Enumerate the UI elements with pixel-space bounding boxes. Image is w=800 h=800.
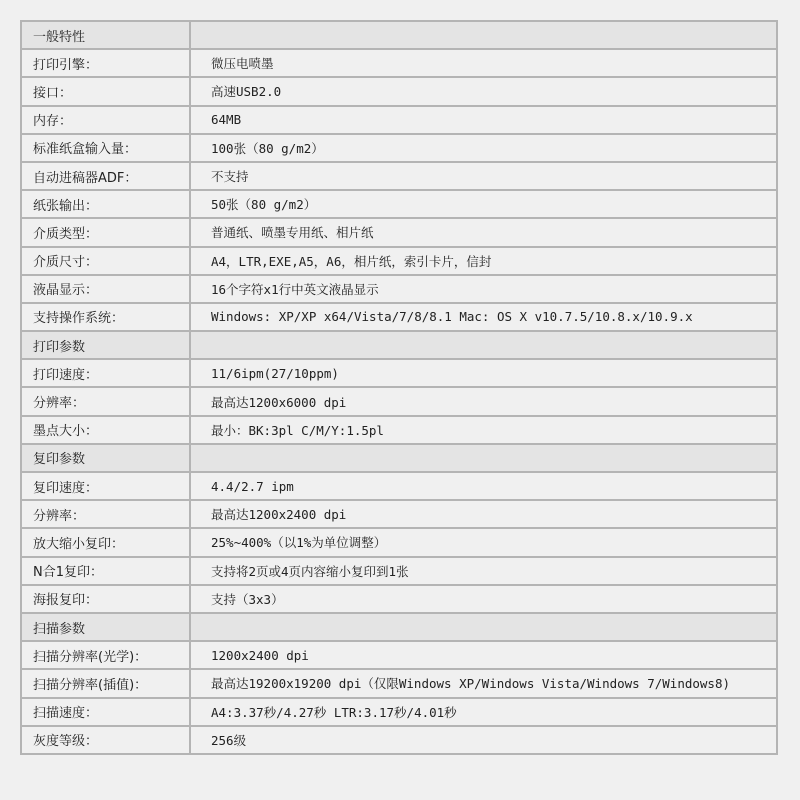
spec-row: 灰度等级：256级 bbox=[21, 726, 777, 754]
spec-label: 扫描分辨率(插值)： bbox=[21, 669, 190, 697]
spec-value: 11/6ipm(27/10ppm) bbox=[190, 359, 777, 387]
spec-value: 不支持 bbox=[190, 162, 777, 190]
spec-label: 扫描分辨率(光学)： bbox=[21, 641, 190, 669]
spec-row: 自动进稿器ADF：不支持 bbox=[21, 162, 777, 190]
spec-label: 放大缩小复印： bbox=[21, 528, 190, 556]
spec-value: 25%~400%（以1%为单位调整） bbox=[190, 528, 777, 556]
spec-row: 放大缩小复印：25%~400%（以1%为单位调整） bbox=[21, 528, 777, 556]
spec-label: 介质类型： bbox=[21, 218, 190, 246]
spec-value: 1200x2400 dpi bbox=[190, 641, 777, 669]
spec-row: 扫描分辨率(光学)：1200x2400 dpi bbox=[21, 641, 777, 669]
spec-label: 标准纸盒输入量： bbox=[21, 134, 190, 162]
spec-label: 分辨率： bbox=[21, 387, 190, 415]
spec-value: 微压电喷墨 bbox=[190, 49, 777, 77]
spec-label: 自动进稿器ADF： bbox=[21, 162, 190, 190]
spec-label: 扫描速度： bbox=[21, 698, 190, 726]
spec-value: 50张（80 g/m2） bbox=[190, 190, 777, 218]
spec-label: N合1复印： bbox=[21, 557, 190, 585]
section-empty-cell bbox=[190, 331, 777, 359]
spec-value: 最高达1200x6000 dpi bbox=[190, 387, 777, 415]
section-title: 一般特性 bbox=[21, 21, 190, 49]
section-empty-cell bbox=[190, 444, 777, 472]
section-title: 扫描参数 bbox=[21, 613, 190, 641]
spec-row: 打印引擎：微压电喷墨 bbox=[21, 49, 777, 77]
spec-value: 支持将2页或4页内容缩小复印到1张 bbox=[190, 557, 777, 585]
spec-row: 扫描分辨率(插值)：最高达19200x19200 dpi（仅限Windows X… bbox=[21, 669, 777, 697]
spec-label: 内存： bbox=[21, 106, 190, 134]
section-title: 复印参数 bbox=[21, 444, 190, 472]
spec-value: A4，LTR,EXE,A5，A6，相片纸，索引卡片，信封 bbox=[190, 247, 777, 275]
spec-value: 最小：BK:3pl C/M/Y:1.5pl bbox=[190, 416, 777, 444]
spec-label: 打印引擎： bbox=[21, 49, 190, 77]
spec-value: 16个字符x1行中英文液晶显示 bbox=[190, 275, 777, 303]
spec-row: 液晶显示：16个字符x1行中英文液晶显示 bbox=[21, 275, 777, 303]
spec-value: 最高达1200x2400 dpi bbox=[190, 500, 777, 528]
spec-value: 普通纸、喷墨专用纸、相片纸 bbox=[190, 218, 777, 246]
spec-row: 介质类型：普通纸、喷墨专用纸、相片纸 bbox=[21, 218, 777, 246]
spec-label: 接口： bbox=[21, 77, 190, 105]
spec-label: 介质尺寸： bbox=[21, 247, 190, 275]
spec-label: 液晶显示： bbox=[21, 275, 190, 303]
spec-value: 最高达19200x19200 dpi（仅限Windows XP/Windows … bbox=[190, 669, 777, 697]
spec-value: 高速USB2.0 bbox=[190, 77, 777, 105]
spec-row: 内存：64MB bbox=[21, 106, 777, 134]
spec-table-body: 一般特性打印引擎：微压电喷墨接口：高速USB2.0内存：64MB标准纸盒输入量：… bbox=[21, 21, 777, 754]
section-header-row: 打印参数 bbox=[21, 331, 777, 359]
section-header-row: 扫描参数 bbox=[21, 613, 777, 641]
spec-row: 打印速度：11/6ipm(27/10ppm) bbox=[21, 359, 777, 387]
spec-label: 打印速度： bbox=[21, 359, 190, 387]
section-empty-cell bbox=[190, 21, 777, 49]
spec-row: 接口：高速USB2.0 bbox=[21, 77, 777, 105]
spec-label: 墨点大小： bbox=[21, 416, 190, 444]
spec-row: 分辨率：最高达1200x6000 dpi bbox=[21, 387, 777, 415]
spec-label: 纸张输出： bbox=[21, 190, 190, 218]
spec-row: 海报复印：支持（3x3） bbox=[21, 585, 777, 613]
spec-row: 标准纸盒输入量：100张（80 g/m2） bbox=[21, 134, 777, 162]
spec-row: 支持操作系统：Windows: XP/XP x64/Vista/7/8/8.1 … bbox=[21, 303, 777, 331]
spec-value: Windows: XP/XP x64/Vista/7/8/8.1 Mac: OS… bbox=[190, 303, 777, 331]
spec-row: 分辨率：最高达1200x2400 dpi bbox=[21, 500, 777, 528]
section-header-row: 一般特性 bbox=[21, 21, 777, 49]
spec-label: 分辨率： bbox=[21, 500, 190, 528]
spec-label: 海报复印： bbox=[21, 585, 190, 613]
spec-table: 一般特性打印引擎：微压电喷墨接口：高速USB2.0内存：64MB标准纸盒输入量：… bbox=[20, 20, 778, 755]
spec-value: 64MB bbox=[190, 106, 777, 134]
spec-row: 复印速度：4.4/2.7 ipm bbox=[21, 472, 777, 500]
spec-row: 介质尺寸：A4，LTR,EXE,A5，A6，相片纸，索引卡片，信封 bbox=[21, 247, 777, 275]
spec-row: 扫描速度：A4:3.37秒/4.27秒 LTR:3.17秒/4.01秒 bbox=[21, 698, 777, 726]
spec-label: 灰度等级： bbox=[21, 726, 190, 754]
spec-value: 100张（80 g/m2） bbox=[190, 134, 777, 162]
spec-value: 4.4/2.7 ipm bbox=[190, 472, 777, 500]
spec-row: 纸张输出：50张（80 g/m2） bbox=[21, 190, 777, 218]
section-header-row: 复印参数 bbox=[21, 444, 777, 472]
spec-value: A4:3.37秒/4.27秒 LTR:3.17秒/4.01秒 bbox=[190, 698, 777, 726]
section-empty-cell bbox=[190, 613, 777, 641]
spec-label: 支持操作系统： bbox=[21, 303, 190, 331]
section-title: 打印参数 bbox=[21, 331, 190, 359]
spec-row: N合1复印：支持将2页或4页内容缩小复印到1张 bbox=[21, 557, 777, 585]
spec-value: 支持（3x3） bbox=[190, 585, 777, 613]
spec-label: 复印速度： bbox=[21, 472, 190, 500]
spec-value: 256级 bbox=[190, 726, 777, 754]
spec-row: 墨点大小：最小：BK:3pl C/M/Y:1.5pl bbox=[21, 416, 777, 444]
